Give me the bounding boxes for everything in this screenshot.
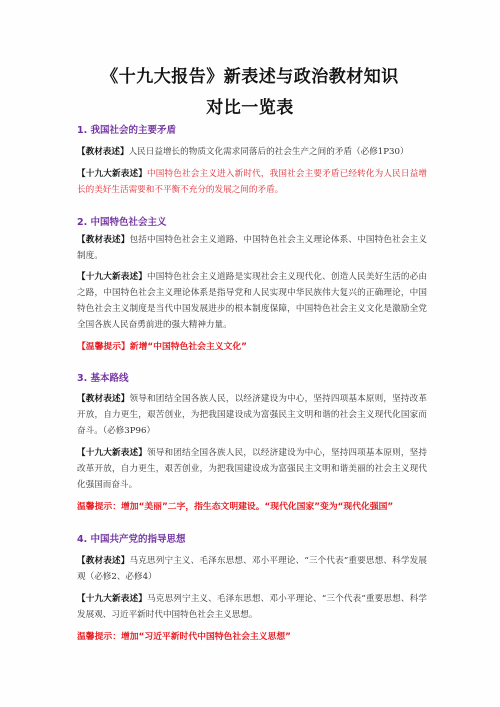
section-heading: 1. 我国社会的主要矛盾 — [77, 124, 427, 138]
document-page: 《十九大报告》新表述与政治教材知识 对比一览表 1. 我国社会的主要矛盾 【教材… — [0, 0, 500, 707]
textbook-statement: 【教材表述】领导和团结全国各族人民，以经济建设为中心，坚持四项基本原则，坚持改革… — [77, 391, 427, 439]
new-tag: 【十九大新表述】 — [77, 594, 147, 604]
textbook-tag: 【教材表述】 — [77, 556, 129, 566]
new-statement: 【十九大新表述】中国特色社会主义进入新时代，我国社会主要矛盾已经转化为人民日益增… — [77, 166, 427, 198]
textbook-text: 包括中国特色社会主义道路、中国特色社会主义理论体系、中国特色社会主义制度。 — [77, 235, 427, 261]
document-subtitle: 对比一览表 — [0, 93, 500, 118]
tip-note: 【温馨提示】新增“中国特色社会主义文化” — [77, 340, 427, 354]
textbook-text: 人民日益增长的物质文化需求同落后的社会生产之间的矛盾（必修1P30） — [129, 147, 409, 157]
section-basic-line: 3. 基本路线 【教材表述】领导和团结全国各族人民，以经济建设为中心，坚持四项基… — [77, 372, 427, 514]
document-content: 1. 我国社会的主要矛盾 【教材表述】人民日益增长的物质文化需求同落后的社会生产… — [77, 124, 427, 644]
section-heading: 4. 中国共产党的指导思想 — [77, 533, 427, 547]
textbook-statement: 【教材表述】人民日益增长的物质文化需求同落后的社会生产之间的矛盾（必修1P30） — [77, 144, 427, 160]
textbook-text: 领导和团结全国各族人民，以经济建设为中心，坚持四项基本原则，坚持改革开放，自力更… — [77, 394, 427, 436]
textbook-text: 马克思列宁主义、毛泽东思想、邓小平理论、“三个代表”重要思想、科学发展观（必修2… — [77, 556, 427, 582]
new-tag: 【十九大新表述】 — [77, 169, 147, 179]
textbook-tag: 【教材表述】 — [77, 394, 130, 404]
textbook-tag: 【教材表述】 — [77, 235, 130, 245]
textbook-tag: 【教材表述】 — [77, 147, 129, 157]
tip-note: 温馨提示：增加“美丽”二字，指生态文明建设。“现代化国家”变为“现代化强国” — [77, 500, 427, 514]
new-tag: 【十九大新表述】 — [77, 448, 147, 458]
new-tag: 【十九大新表述】 — [77, 272, 147, 282]
document-title: 《十九大报告》新表述与政治教材知识 — [0, 62, 500, 87]
section-heading: 3. 基本路线 — [77, 372, 427, 386]
new-statement: 【十九大新表述】马克思列宁主义、毛泽东思想、邓小平理论、“三个代表”重要思想、科… — [77, 591, 427, 623]
new-statement: 【十九大新表述】领导和团结全国各族人民，以经济建设为中心，坚持四项基本原则，坚持… — [77, 445, 427, 493]
section-main-contradiction: 1. 我国社会的主要矛盾 【教材表述】人民日益增长的物质文化需求同落后的社会生产… — [77, 124, 427, 198]
new-statement: 【十九大新表述】中国特色社会主义道路是实现社会主义现代化、创造人民美好生活的必由… — [77, 269, 427, 333]
section-socialism-chinese-characteristics: 2. 中国特色社会主义 【教材表述】包括中国特色社会主义道路、中国特色社会主义理… — [77, 216, 427, 354]
section-heading: 2. 中国特色社会主义 — [77, 216, 427, 230]
textbook-statement: 【教材表述】包括中国特色社会主义道路、中国特色社会主义理论体系、中国特色社会主义… — [77, 232, 427, 264]
tip-note: 温馨提示：增加“习近平新时代中国特色社会主义思想” — [77, 630, 427, 644]
textbook-statement: 【教材表述】马克思列宁主义、毛泽东思想、邓小平理论、“三个代表”重要思想、科学发… — [77, 553, 427, 585]
section-guiding-thought: 4. 中国共产党的指导思想 【教材表述】马克思列宁主义、毛泽东思想、邓小平理论、… — [77, 533, 427, 644]
